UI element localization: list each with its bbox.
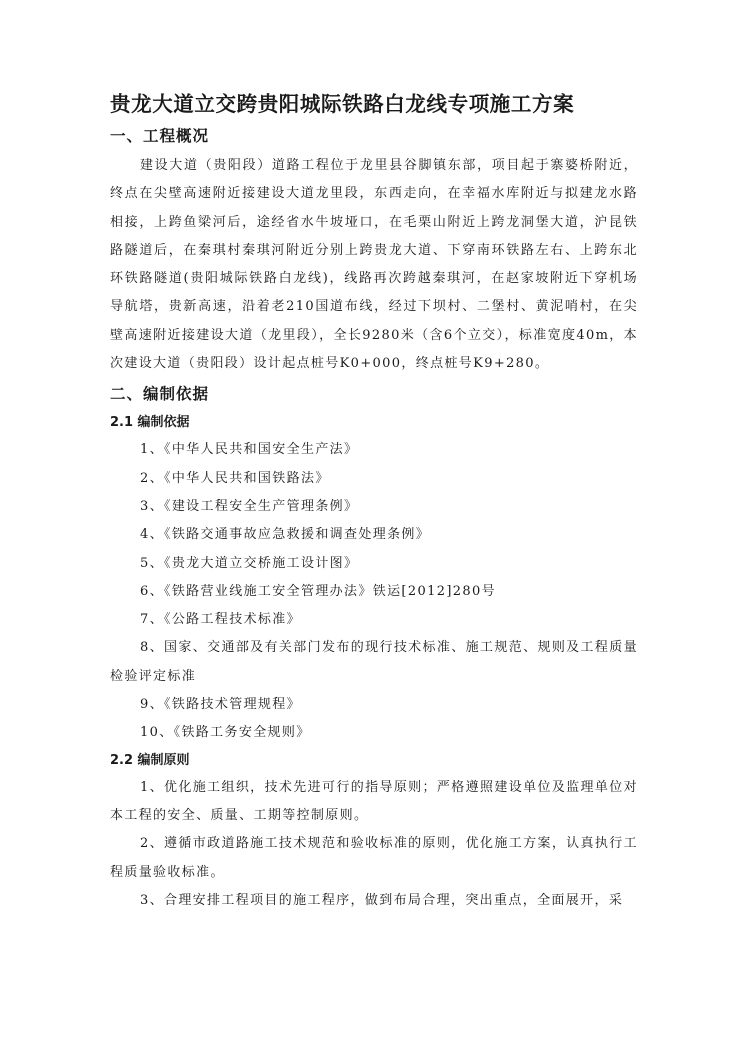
overview-paragraph: 建设大道（贵阳段）道路工程位于龙里县谷脚镇东部，项目起于寨婆桥附近，终点在尖壁高…	[110, 152, 638, 378]
principle-list-item: 1、优化施工组织，技术先进可行的指导原则；严格遵照建设单位及监理单位对本工程的安…	[110, 774, 638, 831]
basis-list-item: 10、《铁路工务安全规则》	[110, 719, 638, 747]
basis-list-item: 9、《铁路技术管理规程》	[110, 691, 638, 719]
basis-list-item: 7、《公路工程技术标准》	[110, 606, 638, 634]
subsection-heading-principles: 2.2 编制原则	[110, 748, 638, 774]
section-heading-overview: 一、工程概况	[110, 120, 638, 152]
subsection-heading-basis: 2.1 编制依据	[110, 410, 638, 436]
basis-list-item: 8、国家、交通部及有关部门发布的现行技术标准、施工规范、规则及工程质量检验评定标…	[110, 634, 638, 691]
basis-list-item: 6、《铁路营业线施工安全管理办法》铁运[2012]280号	[110, 578, 638, 606]
basis-list-item: 2、《中华人民共和国铁路法》	[110, 465, 638, 493]
basis-list-item: 3、《建设工程安全生产管理条例》	[110, 493, 638, 521]
basis-list-item: 1、《中华人民共和国安全生产法》	[110, 436, 638, 464]
document-title: 贵龙大道立交跨贵阳城际铁路白龙线专项施工方案	[110, 88, 638, 120]
principle-list-item: 2、遵循市政道路施工技术规范和验收标准的原则，优化施工方案，认真执行工程质量验收…	[110, 830, 638, 887]
section-heading-basis: 二、编制依据	[110, 378, 638, 410]
principle-list-item: 3、合理安排工程项目的施工程序，做到布局合理，突出重点，全面展开，采	[110, 887, 638, 915]
basis-list-item: 4、《铁路交通事故应急救援和调查处理条例》	[110, 521, 638, 549]
basis-list-item: 5、《贵龙大道立交桥施工设计图》	[110, 550, 638, 578]
document-page: 贵龙大道立交跨贵阳城际铁路白龙线专项施工方案 一、工程概况 建设大道（贵阳段）道…	[110, 88, 638, 915]
